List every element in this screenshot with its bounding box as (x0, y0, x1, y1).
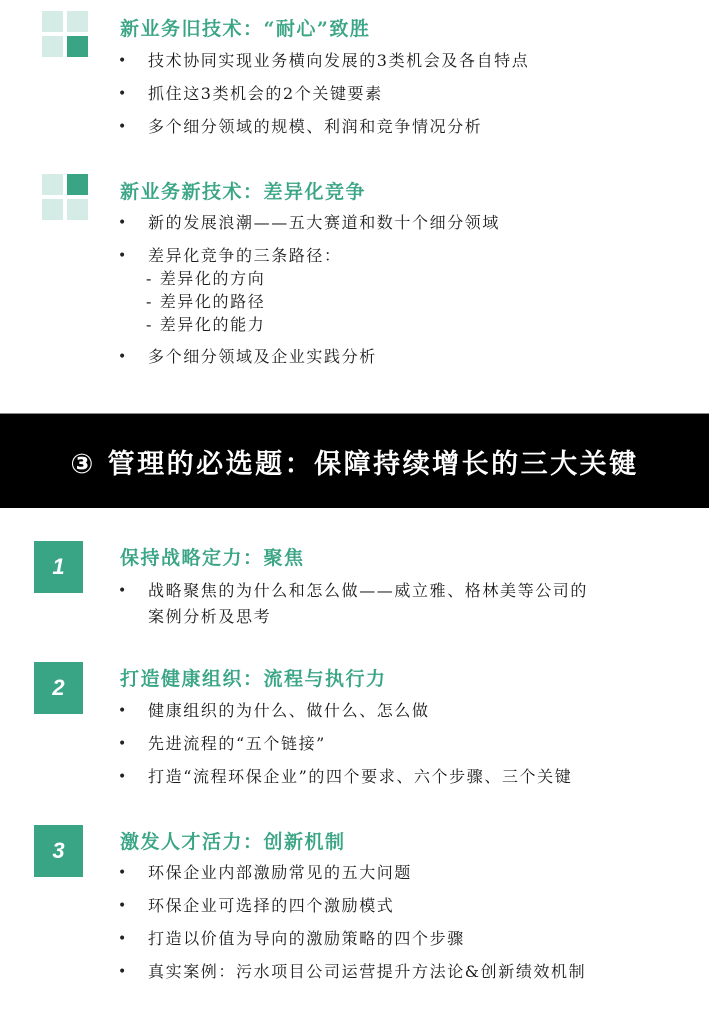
list-item-text: 战略聚焦的为什么和怎么做——威立雅、格林美等公司的 (148, 581, 588, 600)
sub-item: - 差异化的方向 (146, 267, 500, 290)
list-item-continuation: 案例分析及思考 (148, 605, 588, 628)
key-heading: 打造健康组织：流程与执行力 (120, 664, 387, 691)
grid-cell (42, 36, 63, 57)
list-item: 抓住这3类机会的2个关键要素 (118, 83, 529, 105)
grid-icon (42, 174, 88, 220)
bullet-list: 新的发展浪潮——五大赛道和数十个细分领域 差异化竞争的三条路径： - 差异化的方… (118, 212, 500, 368)
bullet-list: 战略聚焦的为什么和怎么做——威立雅、格林美等公司的 案例分析及思考 (118, 580, 588, 628)
list-item: 技术协同实现业务横向发展的3类机会及各自特点 (118, 50, 529, 72)
list-item: 战略聚焦的为什么和怎么做——威立雅、格林美等公司的 案例分析及思考 (118, 580, 588, 628)
number-badge: 1 (34, 541, 83, 593)
grid-icon (42, 11, 88, 57)
section-heading: 新业务新技术：差异化竞争 (120, 177, 366, 204)
list-item: 多个细分领域及企业实践分析 (118, 346, 500, 368)
banner: ③ 管理的必选题：保障持续增长的三大关键 (0, 413, 709, 508)
grid-cell (42, 11, 63, 32)
section-heading: 新业务旧技术：“耐心”致胜 (120, 14, 370, 41)
grid-cell (42, 199, 63, 220)
grid-cell-highlight (67, 174, 88, 195)
grid-cell (42, 174, 63, 195)
number-badge: 3 (34, 825, 83, 877)
bullet-list: 健康组织的为什么、做什么、怎么做 先进流程的“五个链接” 打造“流程环保企业”的… (118, 700, 572, 788)
list-item-text: 差异化竞争的三条路径： (148, 246, 342, 265)
key-heading: 保持战略定力：聚焦 (120, 543, 305, 570)
list-item: 打造以价值为导向的激励策略的四个步骤 (118, 928, 586, 950)
list-item: 多个细分领域的规模、利润和竞争情况分析 (118, 116, 529, 138)
grid-cell-highlight (67, 36, 88, 57)
number-badge: 2 (34, 662, 83, 714)
list-item: 新的发展浪潮——五大赛道和数十个细分领域 (118, 212, 500, 234)
bullet-list: 技术协同实现业务横向发展的3类机会及各自特点 抓住这3类机会的2个关键要素 多个… (118, 50, 529, 138)
key-heading: 激发人才活力：创新机制 (120, 827, 346, 854)
list-item: 打造“流程环保企业”的四个要求、六个步骤、三个关键 (118, 766, 572, 788)
grid-cell (67, 199, 88, 220)
grid-cell (67, 11, 88, 32)
list-item: 差异化竞争的三条路径： - 差异化的方向 - 差异化的路径 - 差异化的能力 (118, 245, 500, 336)
list-item: 先进流程的“五个链接” (118, 733, 572, 755)
list-item: 真实案例：污水项目公司运营提升方法论&创新绩效机制 (118, 961, 586, 983)
bullet-list: 环保企业内部激励常见的五大问题 环保企业可选择的四个激励模式 打造以价值为导向的… (118, 862, 586, 983)
banner-title: ③ 管理的必选题：保障持续增长的三大关键 (70, 442, 638, 481)
sub-item: - 差异化的路径 (146, 290, 500, 313)
list-item: 环保企业内部激励常见的五大问题 (118, 862, 586, 884)
sub-item: - 差异化的能力 (146, 313, 500, 336)
list-item: 健康组织的为什么、做什么、怎么做 (118, 700, 572, 722)
list-item: 环保企业可选择的四个激励模式 (118, 895, 586, 917)
